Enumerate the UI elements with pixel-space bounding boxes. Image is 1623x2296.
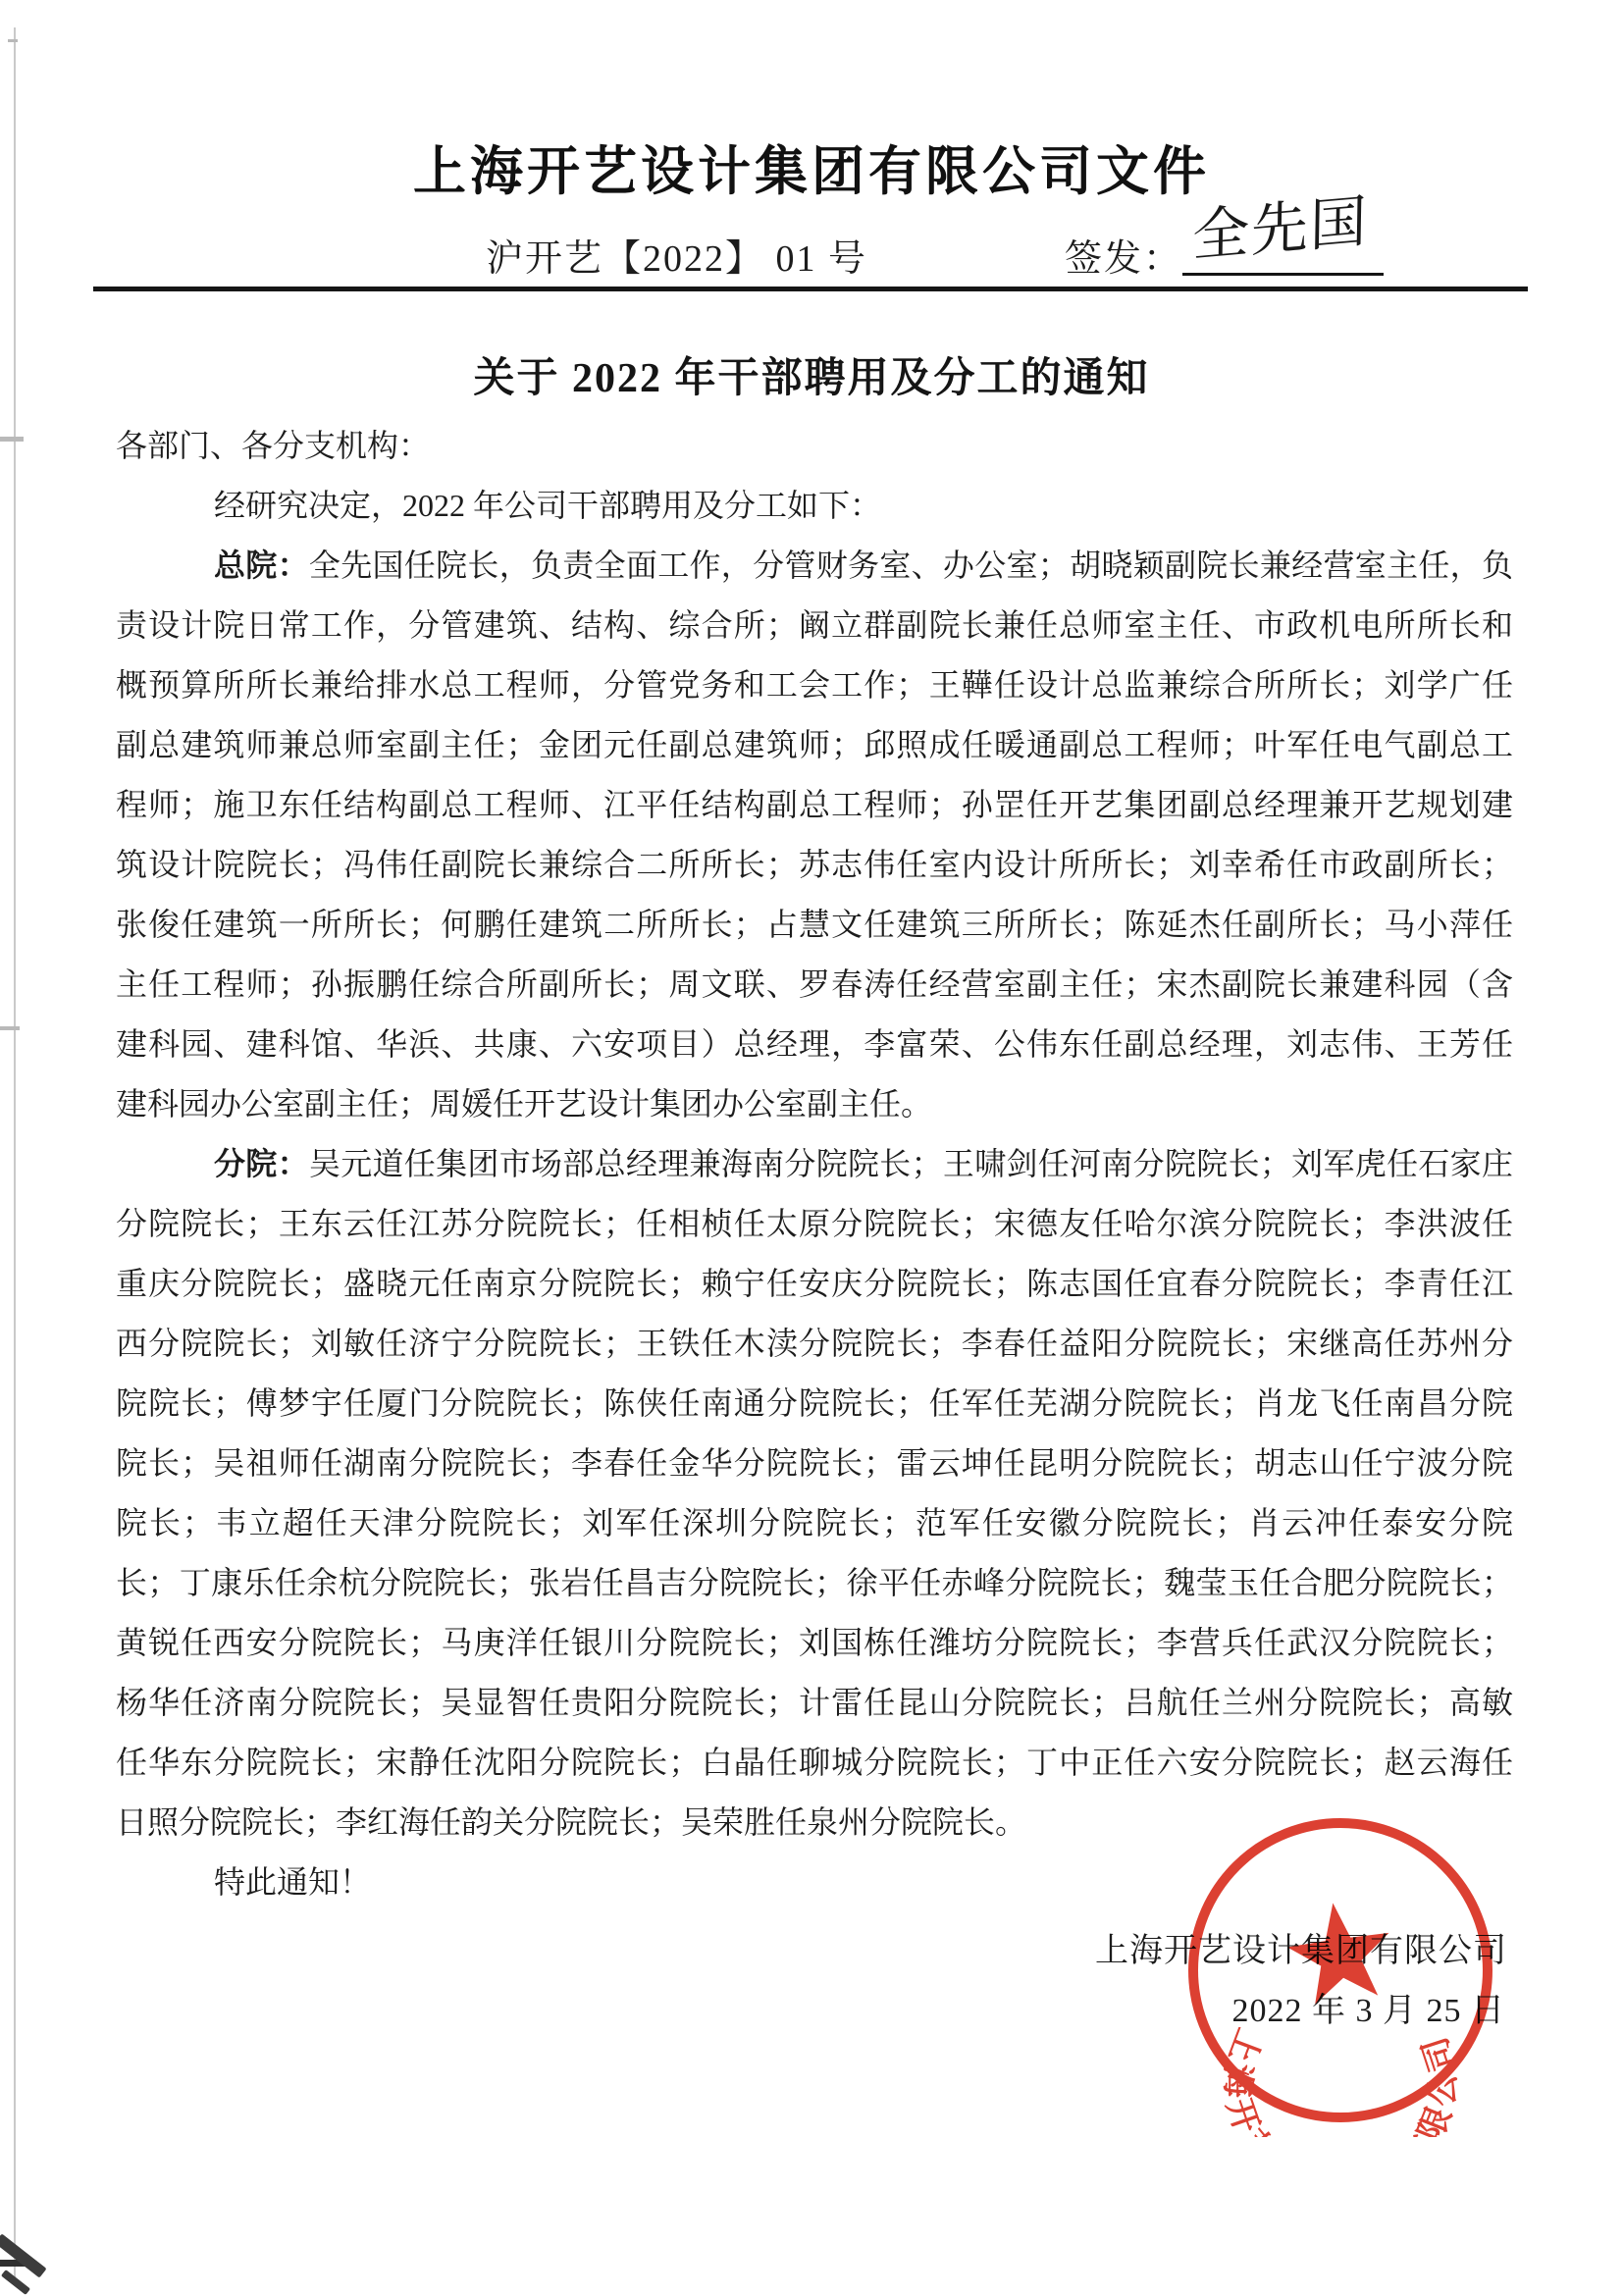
body-line: 分院：吴元道任集团市场部总经理兼海南分院院长；王啸剑任河南分院院长；刘军虎任石家… xyxy=(116,1134,1513,1194)
body-line: 重庆分院院长；盛晓元任南京分院院长；赖宁任安庆分院院长；陈志国任宜春分院院长；李… xyxy=(116,1254,1513,1314)
notice-heading: 关于 2022 年干部聘用及分工的通知 xyxy=(0,345,1623,404)
body-line: 主任工程师；孙振鹏任综合所副所长；周文联、罗春涛任经营室副主任；宋杰副院长兼建科… xyxy=(116,955,1513,1015)
body-line: 程师；施卫东任结构副总工程师、江平任结构副总工程师；孙罡任开艺集团副总经理兼开艺… xyxy=(116,775,1513,835)
body-line-text: 吴元道任集团市场部总经理兼海南分院院长；王啸剑任河南分院院长；刘军虎任石家庄 xyxy=(309,1146,1513,1181)
company-seal: 上海开艺设计集团有限公司 xyxy=(1174,1803,1507,2137)
body-line: 黄锐任西安分院院长；马庚洋任银川分院院长；刘国栋任潍坊分院院长；李营兵任武汉分院… xyxy=(116,1613,1513,1673)
body-line: 经研究决定，2022 年公司干部聘用及分工如下： xyxy=(116,476,1513,536)
scan-artifact xyxy=(1,2270,30,2295)
body-line: 院长；韦立超任天津分院院长；刘军任深圳分院院长；范军任安徽分院院长；肖云冲任泰安… xyxy=(116,1493,1513,1553)
body-line: 概预算所所长兼给排水总工程师，分管党务和工会工作；王鞾任设计总监兼综合所所长；刘… xyxy=(116,655,1513,715)
body-line: 院长；吴祖师任湖南分院院长；李春任金华分院院长；雷云坤任昆明分院院长；胡志山任宁… xyxy=(116,1434,1513,1493)
body-line: 张俊任建筑一所所长；何鹏任建筑二所所长；占慧文任建筑三所所长；陈延杰任副所长；马… xyxy=(116,895,1513,955)
scanned-document-page: 上海开艺设计集团有限公司文件 沪开艺【2022】 01 号 签发： 全先国 关于… xyxy=(0,0,1623,2296)
scan-artifact xyxy=(0,437,24,442)
body-line: 总院：全先国任院长，负责全面工作，分管财务室、办公室；胡晓颖副院长兼经营室主任，… xyxy=(116,536,1513,596)
body-line: 建科园办公室副主任；周媛任开艺设计集团办公室副主任。 xyxy=(116,1074,1513,1134)
seal-star-icon xyxy=(1283,1896,1397,2007)
scan-artifact xyxy=(0,1026,20,1030)
handwritten-signature: 全先国 xyxy=(1192,171,1409,273)
body-line-text: 全先国任院长，负责全面工作，分管财务室、办公室；胡晓颖副院长兼经营室主任，负 xyxy=(309,548,1513,583)
body-line: 长；丁康乐任余杭分院院长；张岩任昌吉分院院长；徐平任赤峰分院院长；魏莹玉任合肥分… xyxy=(116,1553,1513,1613)
body-line: 西分院院长；刘敏任济宁分院院长；王铁任木渎分院院长；李春任益阳分院院长；宋继高任… xyxy=(116,1314,1513,1374)
scan-artifact xyxy=(8,39,18,42)
body-line: 各部门、各分支机构： xyxy=(116,416,1513,476)
document-number: 沪开艺【2022】 01 号 xyxy=(486,228,867,282)
body-line: 任华东分院院长；宋静任沈阳分院院长；白晶任聊城分院院长；丁中正任六安分院院长；赵… xyxy=(116,1733,1513,1793)
letterhead-divider-rule xyxy=(93,287,1528,291)
body-line: 责设计院日常工作，分管建筑、结构、综合所；阚立群副院长兼任总师室主任、市政机电所… xyxy=(116,596,1513,655)
section-label: 总院： xyxy=(214,548,309,583)
body-line: 筑设计院院长；冯伟任副院长兼综合二所所长；苏志伟任室内设计所所长；刘幸希任市政副… xyxy=(116,835,1513,895)
document-number-row: 沪开艺【2022】 01 号 签发： 全先国 xyxy=(0,224,1623,283)
body-line: 杨华任济南分院院长；吴显智任贵阳分院院长；计雷任昆山分院院长；吕航任兰州分院院长… xyxy=(116,1673,1513,1733)
body-line: 分院院长；王东云任江苏分院院长；任相桢任太原分院院长；宋德友任哈尔滨分院院长；李… xyxy=(116,1194,1513,1254)
issuer-sign-label: 签发： xyxy=(1065,228,1182,282)
notice-body: 各部门、各分支机构： 经研究决定，2022 年公司干部聘用及分工如下： 总院：全… xyxy=(116,416,1513,1912)
section-label: 分院： xyxy=(214,1146,309,1181)
body-line: 建科园、建科馆、华浜、共康、六安项目）总经理，李富荣、公伟东任副总经理，刘志伟、… xyxy=(116,1015,1513,1074)
signature-underline xyxy=(1182,273,1384,276)
body-line: 副总建筑师兼总师室副主任；金团元任副总建筑师；邱照成任暖通副总工程师；叶军任电气… xyxy=(116,715,1513,775)
body-line: 院院长；傅梦宇任厦门分院院长；陈侠任南通分院院长；任军任芜湖分院院长；肖龙飞任南… xyxy=(116,1374,1513,1434)
